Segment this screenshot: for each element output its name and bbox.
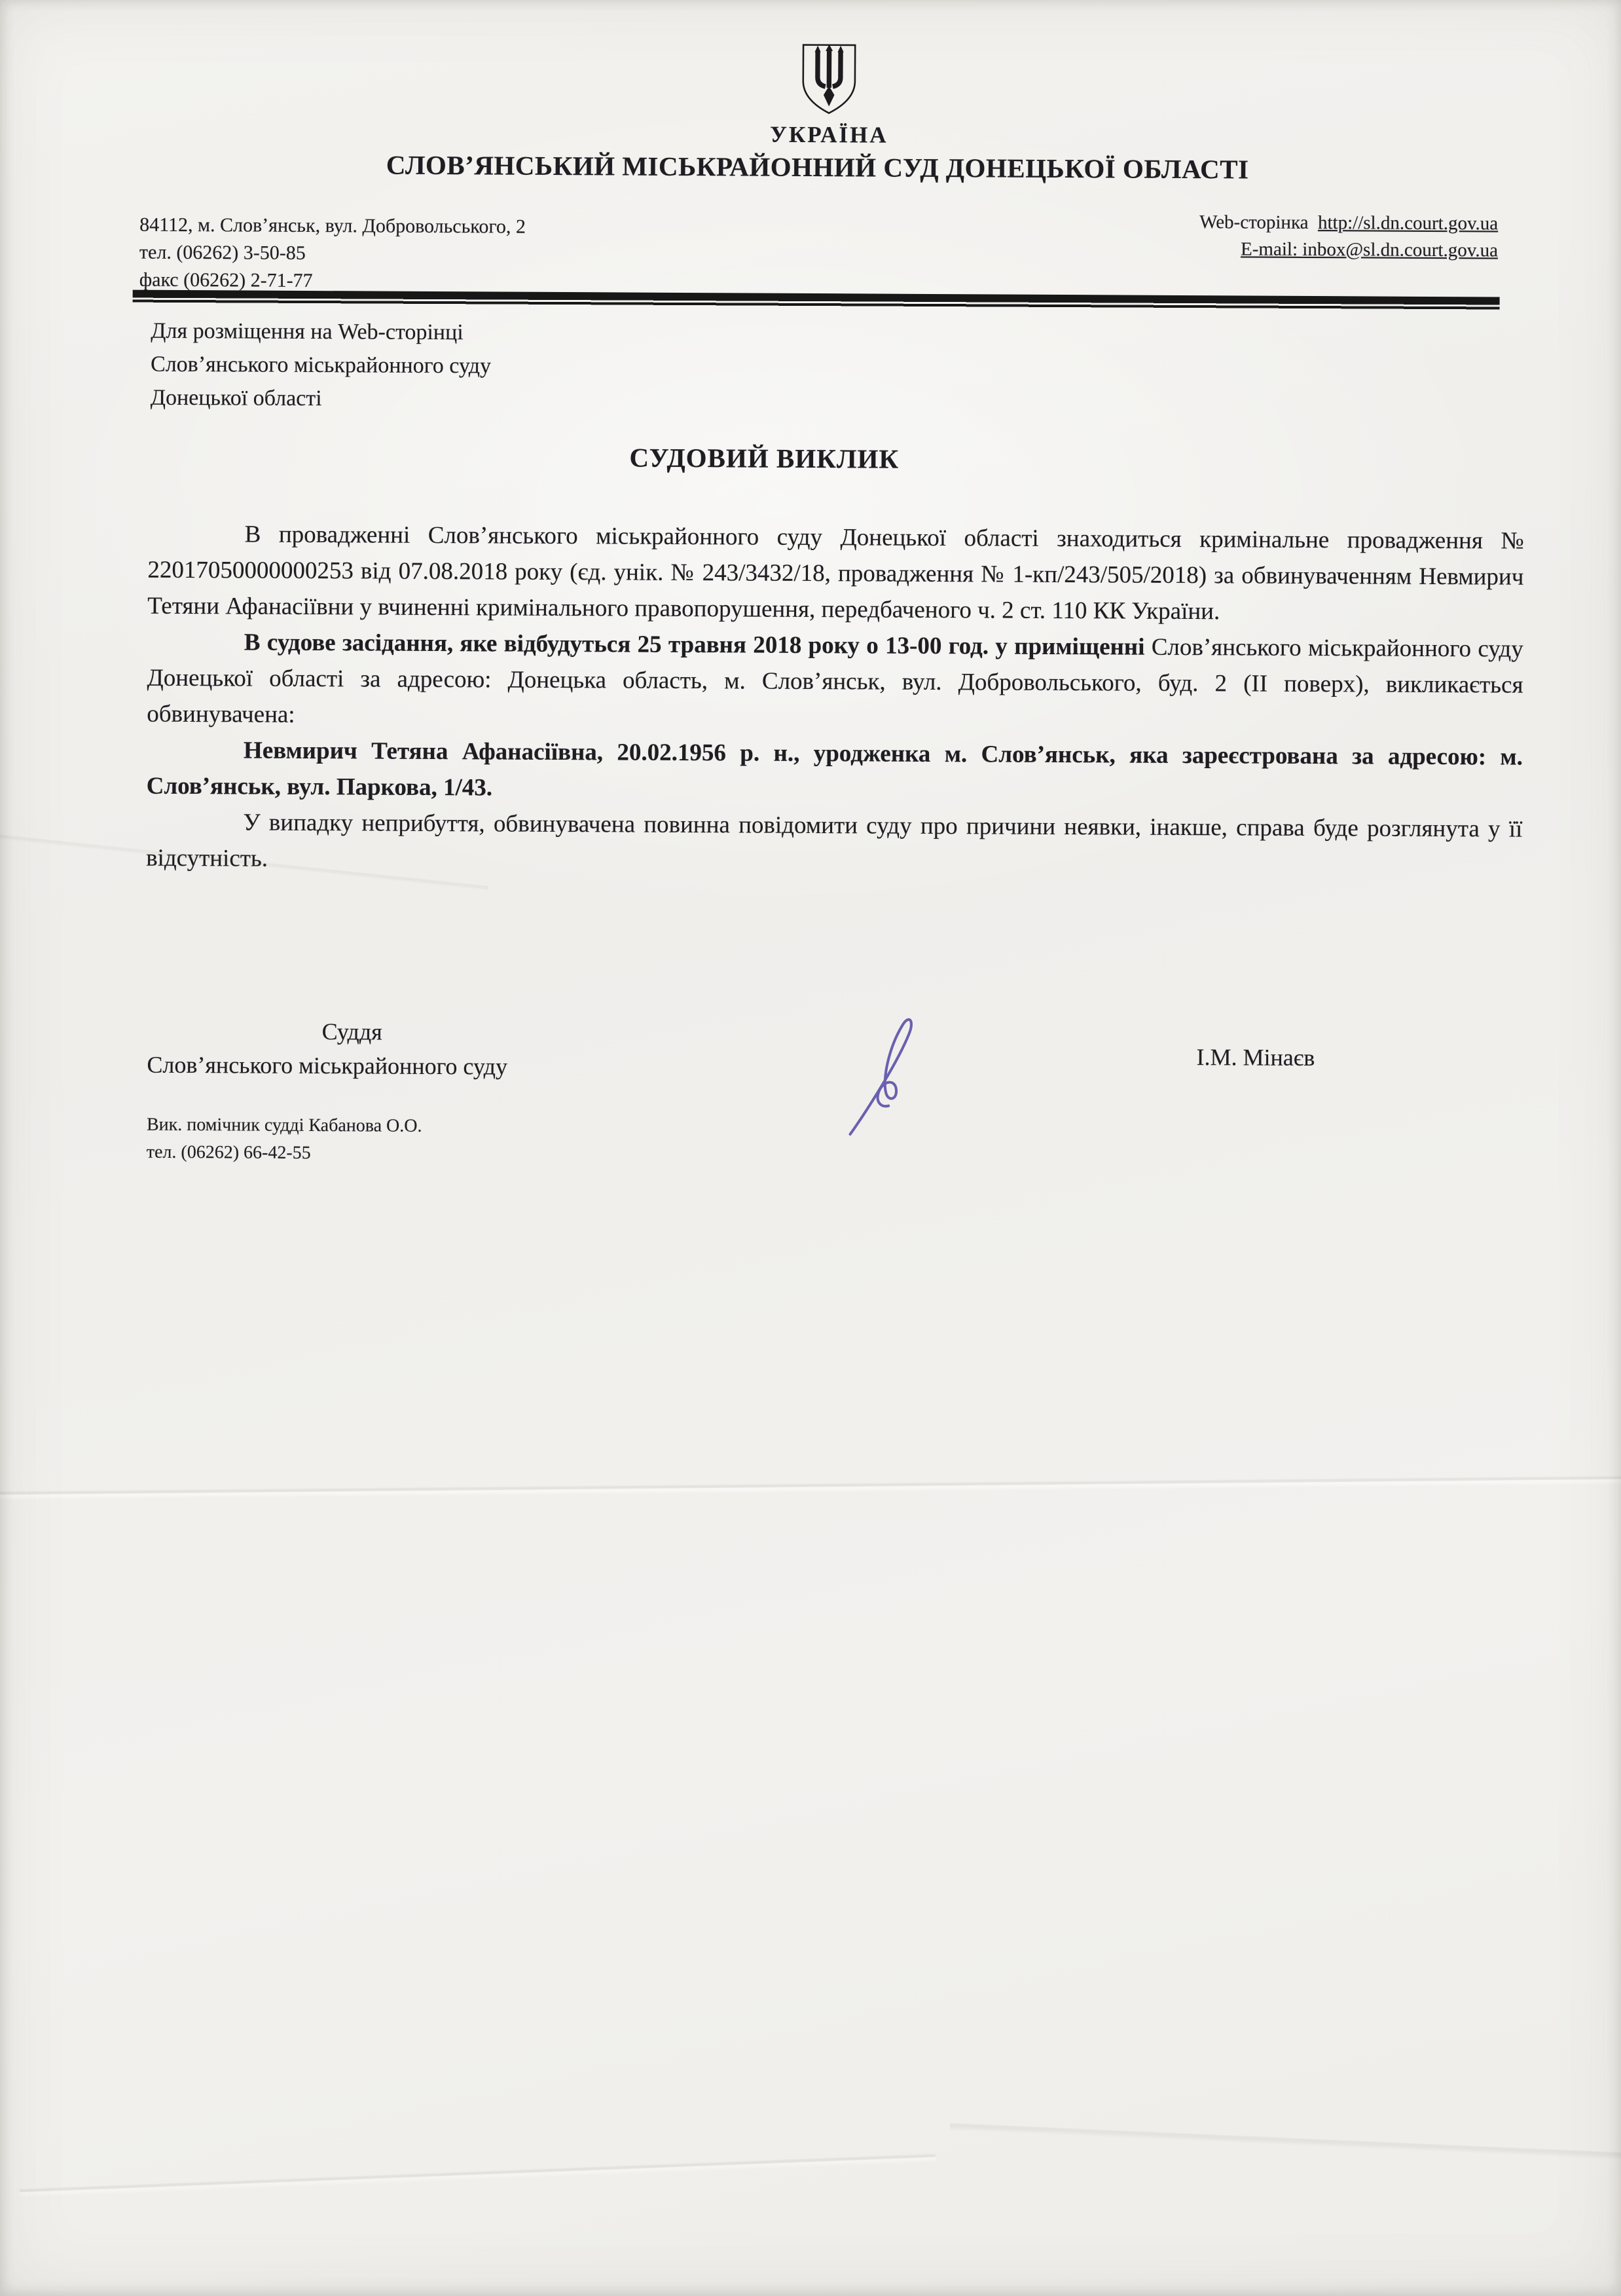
- paragraph-accused: Невмирич Тетяна Афанасіївна, 20.02.1956 …: [147, 732, 1523, 811]
- recipient-note-line-1: Для розміщення на Web-сторінці: [151, 314, 491, 350]
- executor-name: Вик. помічник судді Кабанова О.О.: [147, 1111, 422, 1140]
- email-link: E-mail: inbox@sl.dn.court.gov.ua: [1241, 238, 1498, 261]
- letter-content: УКРАЇНА СЛОВ’ЯНСЬКИЙ МІСЬКРАЙОННИЙ СУД Д…: [0, 0, 1621, 2296]
- web-url-link: http://sl.dn.court.gov.ua: [1318, 212, 1498, 234]
- executor-phone: тел. (06262) 66-42-55: [147, 1139, 422, 1168]
- recipient-note: Для розміщення на Web-сторінці Слов’янсь…: [151, 314, 492, 417]
- address-line: 84112, м. Слов’янськ, вул. Добровольсько…: [139, 212, 526, 241]
- web-label: Web-сторінка: [1199, 212, 1309, 233]
- court-address-block: 84112, м. Слов’янськ, вул. Добровольсько…: [139, 212, 526, 296]
- email-line: E-mail: inbox@sl.dn.court.gov.ua: [1199, 236, 1498, 264]
- recipient-note-line-3: Донецької області: [151, 381, 491, 417]
- court-web-block: Web-сторінка http://sl.dn.court.gov.ua E…: [1199, 209, 1498, 264]
- country-name: УКРАЇНА: [746, 121, 913, 148]
- paragraph-case-info: В провадженні Слов’янського міськрайонно…: [147, 516, 1524, 631]
- web-line: Web-сторінка http://sl.dn.court.gov.ua: [1199, 209, 1498, 237]
- judge-name: І.М. Мінаєв: [1196, 1043, 1315, 1071]
- judge-court-line: Слов’янського міськрайонного суду: [147, 1051, 507, 1081]
- phone-line: тел. (06262) 3-50-85: [139, 239, 526, 268]
- executor-block: Вик. помічник судді Кабанова О.О. тел. (…: [147, 1111, 422, 1168]
- header-divider: [133, 290, 1500, 311]
- letter-body: В провадженні Слов’янського міськрайонно…: [146, 516, 1524, 883]
- scanned-letter-page: УКРАЇНА СЛОВ’ЯНСЬКИЙ МІСЬКРАЙОННИЙ СУД Д…: [0, 0, 1621, 2296]
- handwritten-signature-icon: [844, 1003, 953, 1141]
- paragraph-warning: У випадку неприбуття, обвинувачена повин…: [146, 804, 1523, 883]
- email-label: E-mail:: [1241, 238, 1298, 259]
- ukraine-trident-icon: [799, 42, 860, 117]
- hearing-date-bold: В судове засідання, яке відбудуться 25 т…: [244, 629, 1145, 660]
- email-address: inbox@sl.dn.court.gov.ua: [1302, 239, 1498, 261]
- court-name: СЛОВ’ЯНСЬКИЙ МІСЬКРАЙОННИЙ СУД ДОНЕЦЬКОЇ…: [0, 147, 1621, 187]
- judge-position: Суддя: [322, 1018, 382, 1045]
- recipient-note-line-2: Слов’янського міськрайонного суду: [151, 348, 491, 383]
- paragraph-hearing: В судове засідання, яке відбудуться 25 т…: [147, 624, 1523, 739]
- document-title: СУДОВИЙ ВИКЛИК: [76, 439, 1452, 477]
